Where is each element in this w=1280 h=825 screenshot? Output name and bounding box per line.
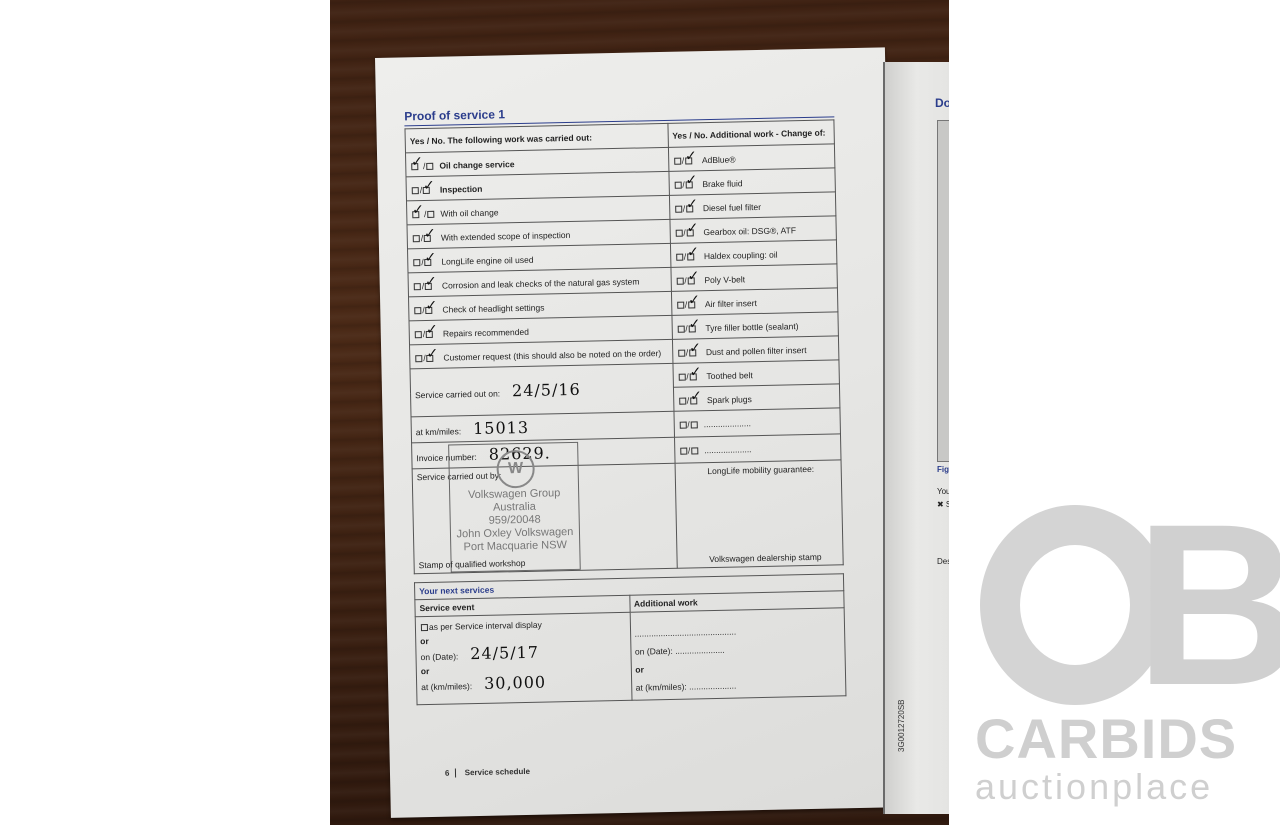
additional-item-label: Tyre filler bottle (sealant) (705, 321, 798, 333)
handwritten-tick-icon: ✓ (411, 154, 423, 170)
handwritten-tick-icon: ✓ (687, 244, 699, 260)
additional-item-cell: /.................... (674, 434, 841, 463)
handwritten-tick-icon: ✓ (426, 321, 438, 337)
yes-checkbox[interactable] (676, 277, 683, 284)
separator: / (686, 347, 689, 357)
additional-item-cell: /✓Haldex coupling: oil (670, 240, 837, 267)
separator: / (684, 275, 687, 285)
separator: / (683, 227, 686, 237)
handwritten-tick-icon: ✓ (690, 388, 702, 404)
additional-item-cell: /✓Tyre filler bottle (sealant) (672, 312, 839, 339)
handwritten-tick-icon: ✓ (425, 273, 437, 289)
handwritten-tick-icon: ✓ (423, 177, 435, 193)
mobility-guarantee-label: LongLife mobility guarantee: (707, 463, 837, 476)
right-page-figure (937, 120, 949, 462)
carbids-logo-mark-icon: B (975, 505, 1255, 705)
handwritten-tick-icon: ✓ (688, 292, 700, 308)
next-km-label: at (km/miles): (421, 681, 472, 692)
interval-option: as per Service interval display (429, 620, 542, 632)
stamp-line: Volkswagen Group (454, 487, 574, 503)
yes-checkbox[interactable] (680, 447, 687, 454)
yes-checkbox[interactable] (675, 205, 682, 212)
additional-km: at (km/miles): .................... (636, 674, 842, 696)
page-footer: 6 Service schedule (445, 767, 530, 778)
separator: / (682, 179, 685, 189)
handwritten-tick-icon: ✓ (689, 340, 701, 356)
yes-checkbox[interactable] (414, 283, 421, 290)
table-row: Service carried out by:WVolkswagen Group… (412, 460, 843, 574)
yes-checkbox[interactable] (413, 259, 420, 266)
next-date-label: on (Date): (420, 651, 458, 662)
separator: / (686, 371, 689, 381)
yes-checkbox[interactable] (675, 229, 682, 236)
right-page-text: Des (937, 557, 949, 566)
service-date-cell: Service carried out on:24/5/16 (410, 363, 674, 416)
work-item-label: LongLife engine oil used (441, 254, 533, 266)
additional-item-label: Poly V-belt (704, 274, 745, 285)
section-name: Service schedule (465, 767, 531, 777)
no-checkbox[interactable] (691, 447, 698, 454)
separator: / (685, 299, 688, 309)
additional-item-cell: /✓Air filter insert (671, 288, 838, 315)
carbids-watermark: B CARBIDS auctionplace (975, 505, 1265, 807)
work-item-label: Inspection (440, 183, 483, 194)
additional-item-cell: /✓Dust and pollen filter insert (672, 336, 839, 363)
right-page-text: You (937, 487, 949, 496)
service-book-left-page: Proof of service 1 Yes / No. The followi… (375, 47, 901, 818)
handwritten-tick-icon: ✓ (689, 364, 701, 380)
work-item-label: With extended scope of inspection (441, 229, 571, 242)
additional-item-cell: /✓Brake fluid (669, 168, 836, 195)
right-page-text: ✖ S (937, 500, 949, 509)
yes-checkbox[interactable] (415, 331, 422, 338)
page-number: 6 (445, 768, 457, 777)
km-value: 15013 (473, 418, 529, 438)
handwritten-tick-icon: ✓ (688, 316, 700, 332)
right-page-title: Do (935, 96, 949, 110)
additional-item-cell: /✓Gearbox oil: DSG®, ATF (670, 216, 837, 243)
no-checkbox[interactable] (691, 421, 698, 428)
separator: / (682, 155, 685, 165)
work-item-label: Corrosion and leak checks of the natural… (442, 276, 640, 290)
separator: / (685, 323, 688, 333)
service-date-value: 24/5/16 (512, 380, 581, 400)
yes-checkbox[interactable] (414, 307, 421, 314)
work-item-label: Repairs recommended (443, 326, 529, 338)
service-book-photo: Proof of service 1 Yes / No. The followi… (330, 0, 949, 825)
stamp-line: Port Macquarie NSW (455, 539, 575, 555)
handwritten-tick-icon: ✓ (687, 268, 699, 284)
work-item-label: Check of headlight settings (442, 302, 544, 314)
yes-checkbox[interactable] (674, 157, 681, 164)
yes-checkbox[interactable] (674, 181, 681, 188)
proof-of-service-table: Yes / No. The following work was carried… (404, 119, 843, 574)
dealer-stamp: WVolkswagen GroupAustralia959/20048John … (448, 442, 581, 573)
additional-item-label: Diesel fuel filter (703, 201, 761, 212)
yes-checkbox[interactable] (413, 235, 420, 242)
no-checkbox[interactable] (427, 211, 434, 218)
work-item-label: Oil change service (439, 159, 514, 171)
additional-item-label: Haldex coupling: oil (704, 249, 778, 261)
separator: / (684, 251, 687, 261)
yes-checkbox[interactable] (415, 355, 422, 362)
additional-item-cell: /.................... (674, 408, 841, 437)
separator: / (687, 395, 690, 405)
additional-item-label: AdBlue® (702, 154, 736, 165)
right-column-header: Yes / No. Additional work - Change of: (668, 120, 835, 147)
handwritten-tick-icon: ✓ (686, 220, 698, 236)
handwritten-tick-icon: ✓ (685, 172, 697, 188)
next-service-event-cell: as per Service interval display or on (D… (415, 612, 631, 704)
document-code: 3G0012720SB (897, 700, 906, 753)
separator: / (687, 419, 690, 429)
checkbox-icon[interactable] (421, 624, 428, 631)
handwritten-tick-icon: ✓ (686, 196, 698, 212)
work-item-label: With oil change (440, 207, 498, 218)
no-checkbox[interactable] (426, 163, 433, 170)
additional-item-label: Dust and pollen filter insert (706, 345, 807, 357)
additional-item-cell: /✓Diesel fuel filter (669, 192, 836, 219)
handwritten-tick-icon: ✓ (424, 225, 436, 241)
vw-logo-icon: W (496, 450, 535, 489)
additional-item-label: Spark plugs (707, 394, 752, 405)
handwritten-tick-icon: ✓ (425, 297, 437, 313)
yes-checkbox[interactable] (677, 301, 684, 308)
work-item-label: Customer request (this should also be no… (443, 348, 661, 363)
next-services-table: Your next services Service event Additio… (414, 573, 846, 705)
workshop-stamp-cell: Service carried out by:WVolkswagen Group… (412, 463, 677, 573)
handwritten-tick-icon: ✓ (426, 345, 438, 361)
additional-item-cell: /✓Toothed belt (673, 360, 840, 387)
additional-item-label: Brake fluid (702, 178, 742, 189)
yes-checkbox[interactable] (679, 397, 686, 404)
yes-checkbox[interactable] (678, 349, 685, 356)
yes-checkbox[interactable] (677, 325, 684, 332)
dealership-stamp-cell: LongLife mobility guarantee:Volkswagen d… (675, 460, 844, 568)
handwritten-tick-icon: ✓ (685, 148, 697, 164)
next-date-value: 24/5/17 (470, 643, 539, 663)
yes-checkbox[interactable] (412, 187, 419, 194)
additional-item-label: Gearbox oil: DSG®, ATF (703, 225, 796, 237)
figure-label: Fig. (937, 465, 949, 474)
service-date-label: Service carried out on: (415, 388, 500, 400)
yes-checkbox[interactable] (678, 373, 685, 380)
km-label: at km/miles: (416, 426, 462, 437)
watermark-sub: auctionplace (975, 767, 1265, 807)
letter-b-icon: B (1135, 510, 1280, 700)
additional-item-label: .................... (704, 418, 751, 429)
additional-item-cell: /✓Spark plugs (673, 384, 840, 411)
separator: / (688, 445, 691, 455)
additional-item-label: Air filter insert (705, 298, 757, 309)
handwritten-tick-icon: ✓ (412, 202, 424, 218)
yes-checkbox[interactable] (676, 253, 683, 260)
yes-checkbox[interactable] (679, 421, 686, 428)
next-km-value: 30,000 (484, 673, 546, 693)
additional-item-label: Toothed belt (706, 370, 753, 381)
dealership-stamp-label: Volkswagen dealership stamp (709, 552, 822, 564)
additional-item-cell: /✓Poly V-belt (671, 264, 838, 291)
next-additional-work-cell: ........................................… (630, 608, 846, 700)
additional-item-label: .................... (704, 444, 751, 455)
additional-item-cell: /✓AdBlue® (668, 144, 835, 171)
separator: / (683, 203, 686, 213)
handwritten-tick-icon: ✓ (424, 249, 436, 265)
service-book-right-page: Do Fig. You ✖ S Des 3G0012720SB (883, 62, 949, 814)
